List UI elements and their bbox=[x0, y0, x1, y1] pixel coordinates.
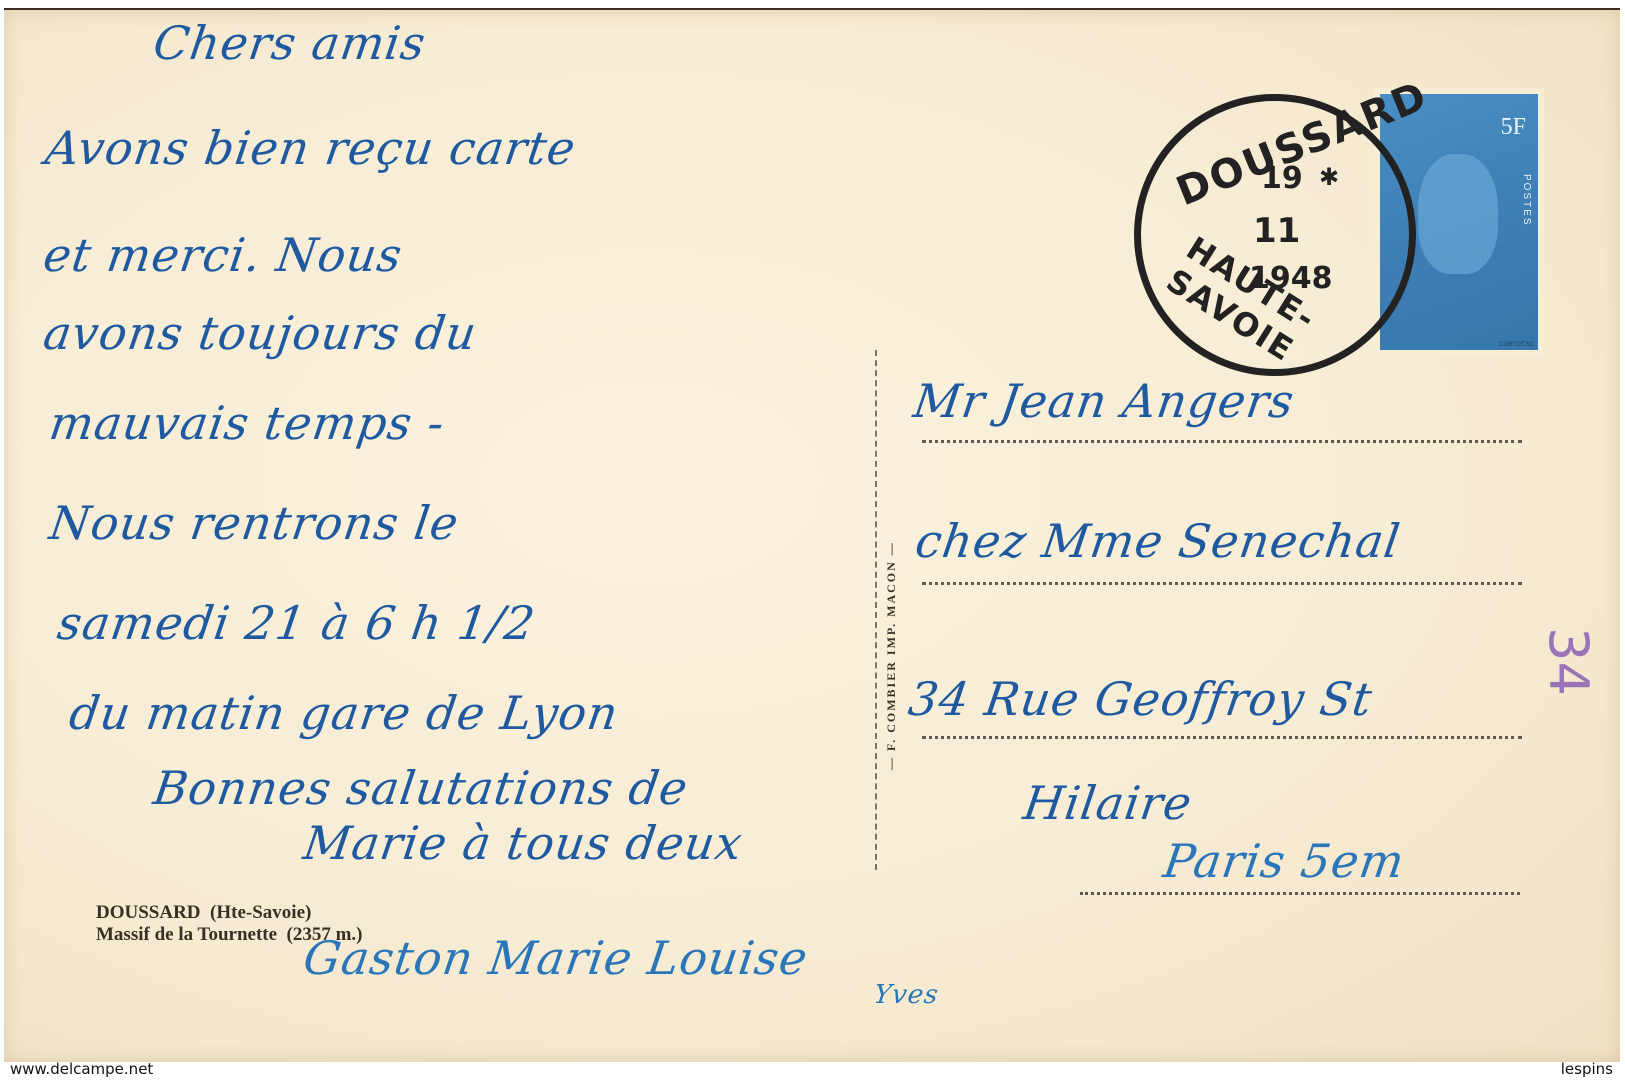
address-line: Mr Jean Angers bbox=[911, 378, 1298, 424]
postmark-cancellation: DOUSSARD 19 ✱ 11 1948 HAUTE-SAVOIE bbox=[1134, 94, 1416, 376]
address-dotted-line bbox=[922, 736, 1522, 739]
address-dotted-line bbox=[922, 582, 1522, 585]
message-line: Nous rentrons le bbox=[47, 500, 462, 546]
message-line: samedi 21 à 6 h 1/2 bbox=[55, 600, 538, 646]
postmark-month: 11 bbox=[1253, 211, 1300, 251]
address-line: chez Mme Senechal bbox=[913, 518, 1404, 564]
message-line: du matin gare de Lyon bbox=[67, 690, 622, 736]
address-dotted-line bbox=[922, 440, 1522, 443]
signature-second: Yves bbox=[872, 982, 940, 1008]
address-line: 34 Rue Geoffroy St bbox=[906, 676, 1376, 722]
message-line: Chers amis bbox=[151, 20, 429, 66]
message-line: Bonnes salutations de bbox=[151, 765, 691, 811]
postmark-day: 19 bbox=[1261, 161, 1303, 196]
printer-credit: — F. COMBIER IMP. MACON — bbox=[884, 541, 899, 770]
message-line: avons toujours du bbox=[41, 310, 480, 356]
pencil-annotation: 34 bbox=[1537, 627, 1600, 696]
watermark-site: www.delcampe.net bbox=[10, 1060, 153, 1078]
watermark-seller: lespins bbox=[1561, 1060, 1613, 1078]
message-line: Avons bien reçu carte bbox=[43, 125, 579, 171]
address-line: Hilaire bbox=[1021, 780, 1195, 826]
address-dotted-line bbox=[1080, 892, 1520, 895]
caption-place: DOUSSARD bbox=[96, 902, 201, 923]
caption-altitude: (2357 m.) bbox=[287, 924, 363, 945]
postmark-star-icon: ✱ bbox=[1319, 163, 1339, 191]
caption-subject: Massif de la Tournette bbox=[96, 924, 277, 945]
address-line: Paris 5em bbox=[1161, 838, 1408, 884]
center-divider bbox=[875, 350, 877, 870]
card-caption: DOUSSARD (Hte-Savoie) Massif de la Tourn… bbox=[96, 902, 363, 946]
stamp-engraver: CORTOT.SC bbox=[1500, 342, 1534, 348]
message-line: et merci. Nous bbox=[41, 232, 406, 278]
stamp-value: 5F bbox=[1501, 114, 1526, 141]
message-line: mauvais temps - bbox=[47, 400, 448, 446]
caption-region: (Hte-Savoie) bbox=[210, 902, 311, 923]
marianne-portrait-icon bbox=[1418, 154, 1498, 274]
signature: Gaston Marie Louise bbox=[301, 935, 811, 981]
stamp-label: POSTES bbox=[1521, 174, 1532, 227]
message-line: Marie à tous deux bbox=[301, 820, 746, 866]
postcard-back: Chers amis Avons bien reçu carte et merc… bbox=[4, 8, 1620, 1062]
